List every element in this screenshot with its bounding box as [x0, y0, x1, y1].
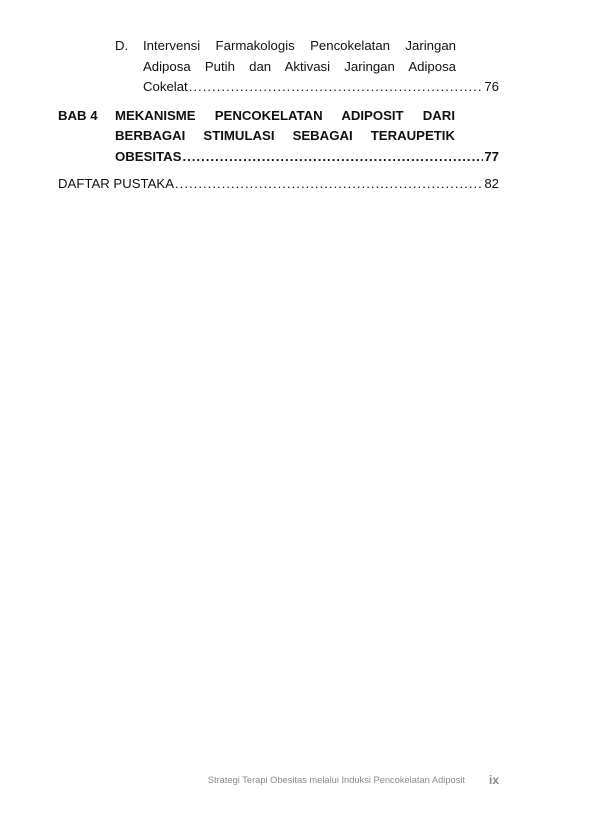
- toc-entry-chapter-4[interactable]: BAB 4 MEKANISME PENCOKELATAN ADIPOSIT DA…: [58, 106, 499, 168]
- chapter-title-line-2: BERBAGAI STIMULASI SEBAGAI TERAUPETIK: [115, 126, 455, 147]
- references-title: DAFTAR PUSTAKA: [58, 174, 174, 195]
- dot-leader: ........................................…: [182, 147, 483, 168]
- section-label: D.: [115, 36, 143, 57]
- section-title-line-2: Adiposa Putih dan Aktivasi Jaringan Adip…: [143, 57, 456, 78]
- toc-entry-references[interactable]: DAFTAR PUSTAKA .........................…: [58, 174, 499, 195]
- dot-leader: ........................................…: [189, 77, 484, 98]
- chapter-title-line-3: OBESITAS: [115, 147, 181, 168]
- section-title-line-3: Cokelat: [143, 77, 188, 98]
- page-number: 76: [484, 77, 499, 98]
- page-number: 82: [484, 174, 499, 195]
- toc-entry-section-d[interactable]: D. Intervensi Farmakologis Pencokelatan …: [58, 36, 499, 98]
- footer-page-number: ix: [489, 773, 499, 787]
- table-of-contents: D. Intervensi Farmakologis Pencokelatan …: [58, 36, 499, 195]
- dot-leader: ........................................…: [175, 174, 483, 195]
- footer-book-title: Strategi Terapi Obesitas melalui Induksi…: [208, 775, 465, 785]
- chapter-label: BAB 4: [58, 106, 98, 127]
- chapter-title-line-1: MEKANISME PENCOKELATAN ADIPOSIT DARI: [115, 106, 455, 127]
- section-title-line-1: Intervensi Farmakologis Pencokelatan Jar…: [143, 36, 456, 57]
- page-number: 77: [484, 147, 499, 168]
